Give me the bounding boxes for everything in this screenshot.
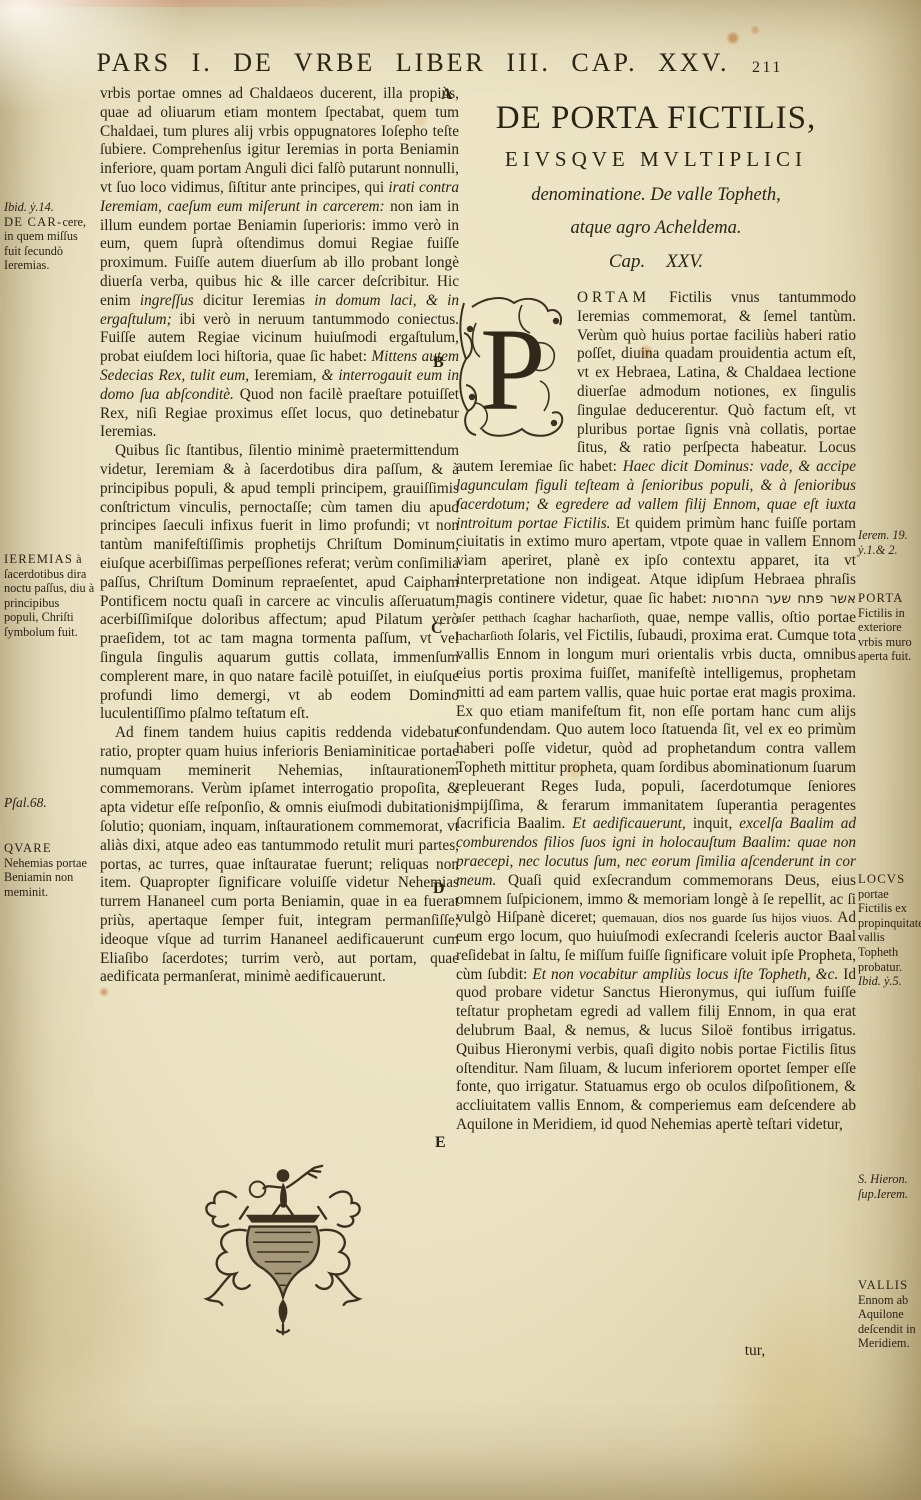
- margin-note-left-psal68: Pſal.68.: [4, 796, 96, 811]
- chapter-number: Cap. XXV.: [456, 251, 856, 273]
- margin-note-right-ierem19: Ierem. 19. ẏ.1.& 2.: [858, 528, 920, 557]
- printer-ornament: [183, 1158, 383, 1344]
- gutter-letter-c: C: [431, 620, 443, 638]
- drop-cap-letter: P: [480, 304, 546, 435]
- catchword: tur,: [700, 1342, 810, 1360]
- book-page: PARS I. DE VRBE LIBER III. CAP. XXV. 211…: [0, 0, 921, 1500]
- gutter-letter-a: A: [441, 86, 453, 104]
- printer-ornament-image: [183, 1158, 383, 1344]
- chapter-title-line2: EIVSQVE MVLTIPLICI: [456, 147, 856, 172]
- right-text-column: DE PORTA FICTILIS, EIVSQVE MVLTIPLICI de…: [456, 100, 856, 1362]
- chapter-body: P ORTAM Fictilis vnus tantummodo Ieremia…: [456, 289, 856, 1135]
- margin-note-left-ieremias: IEREMIAS à ſacerdotibus dira noctu paſſu…: [4, 552, 96, 640]
- margin-note-right-hieron: S. Hieron. ſup.Ierem.: [858, 1172, 920, 1201]
- chapter-subtitle-line2: atque agro Acheldema.: [456, 218, 856, 239]
- margin-note-right-porta: PORTA Fictilis in exteriore vrbis muro a…: [858, 591, 920, 664]
- margin-note-right-locvs: LOCVS portae Fictilis ex propinquitate v…: [858, 872, 920, 989]
- margin-note-right-vallis: VALLIS Ennom ab Aquilone deſcendit in Me…: [858, 1278, 920, 1351]
- left-paragraph-1: vrbis portae omnes ad Chaldaeos ducerent…: [100, 85, 459, 442]
- gutter-letter-e: E: [435, 1134, 446, 1152]
- gutter-letter-d: D: [433, 880, 445, 898]
- running-title: PARS I. DE VRBE LIBER III. CAP. XXV.: [88, 48, 738, 78]
- chapter-title-line1: DE PORTA FICTILIS,: [456, 100, 856, 137]
- margin-note-left-ibid-14: Ibid. ẏ.14. DE CAR-cere, in quem miſſus …: [4, 200, 96, 273]
- left-paragraph-3: Ad finem tandem huius capitis reddenda v…: [100, 724, 459, 987]
- left-paragraph-2: Quibus ſic ſtantibus, ſilentio minimè pr…: [100, 442, 459, 724]
- chapter-subtitle-line1: denominatione. De valle Topheth,: [456, 185, 856, 206]
- gutter-letter-b: B: [433, 354, 444, 372]
- drop-cap-woodcut: P: [456, 293, 568, 439]
- page-top-edge-tint: [0, 0, 430, 7]
- left-text-column: vrbis portae omnes ad Chaldaeos ducerent…: [100, 85, 459, 1133]
- page-number: 211: [752, 59, 783, 77]
- drop-cap-initial: P: [456, 293, 568, 439]
- margin-note-left-qvare: QVARE Nehemias portae Beniamin non memin…: [4, 841, 96, 899]
